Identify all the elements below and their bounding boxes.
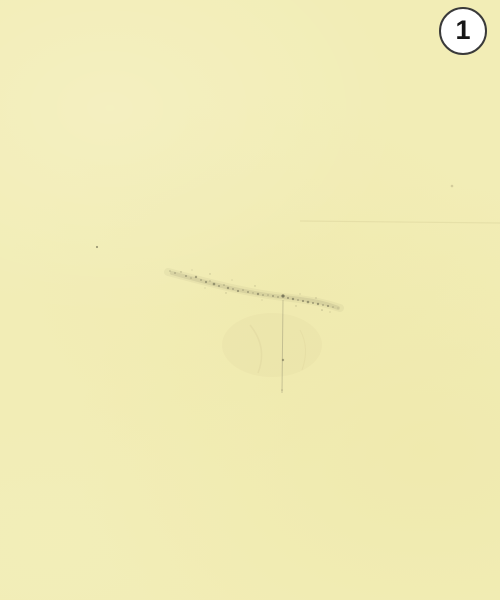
crease-line [300,221,500,223]
stray-speck-left [96,246,98,248]
fabric-photo-background: 1 [0,0,500,600]
stray-speck-right [451,185,454,188]
faint-blotch [222,313,322,377]
annotation-marker-number: 1 [455,17,470,44]
drip-dot-2 [281,389,283,391]
drip-dot [282,359,284,361]
annotation-marker-circle: 1 [439,7,487,55]
smudge-stain [0,0,500,600]
